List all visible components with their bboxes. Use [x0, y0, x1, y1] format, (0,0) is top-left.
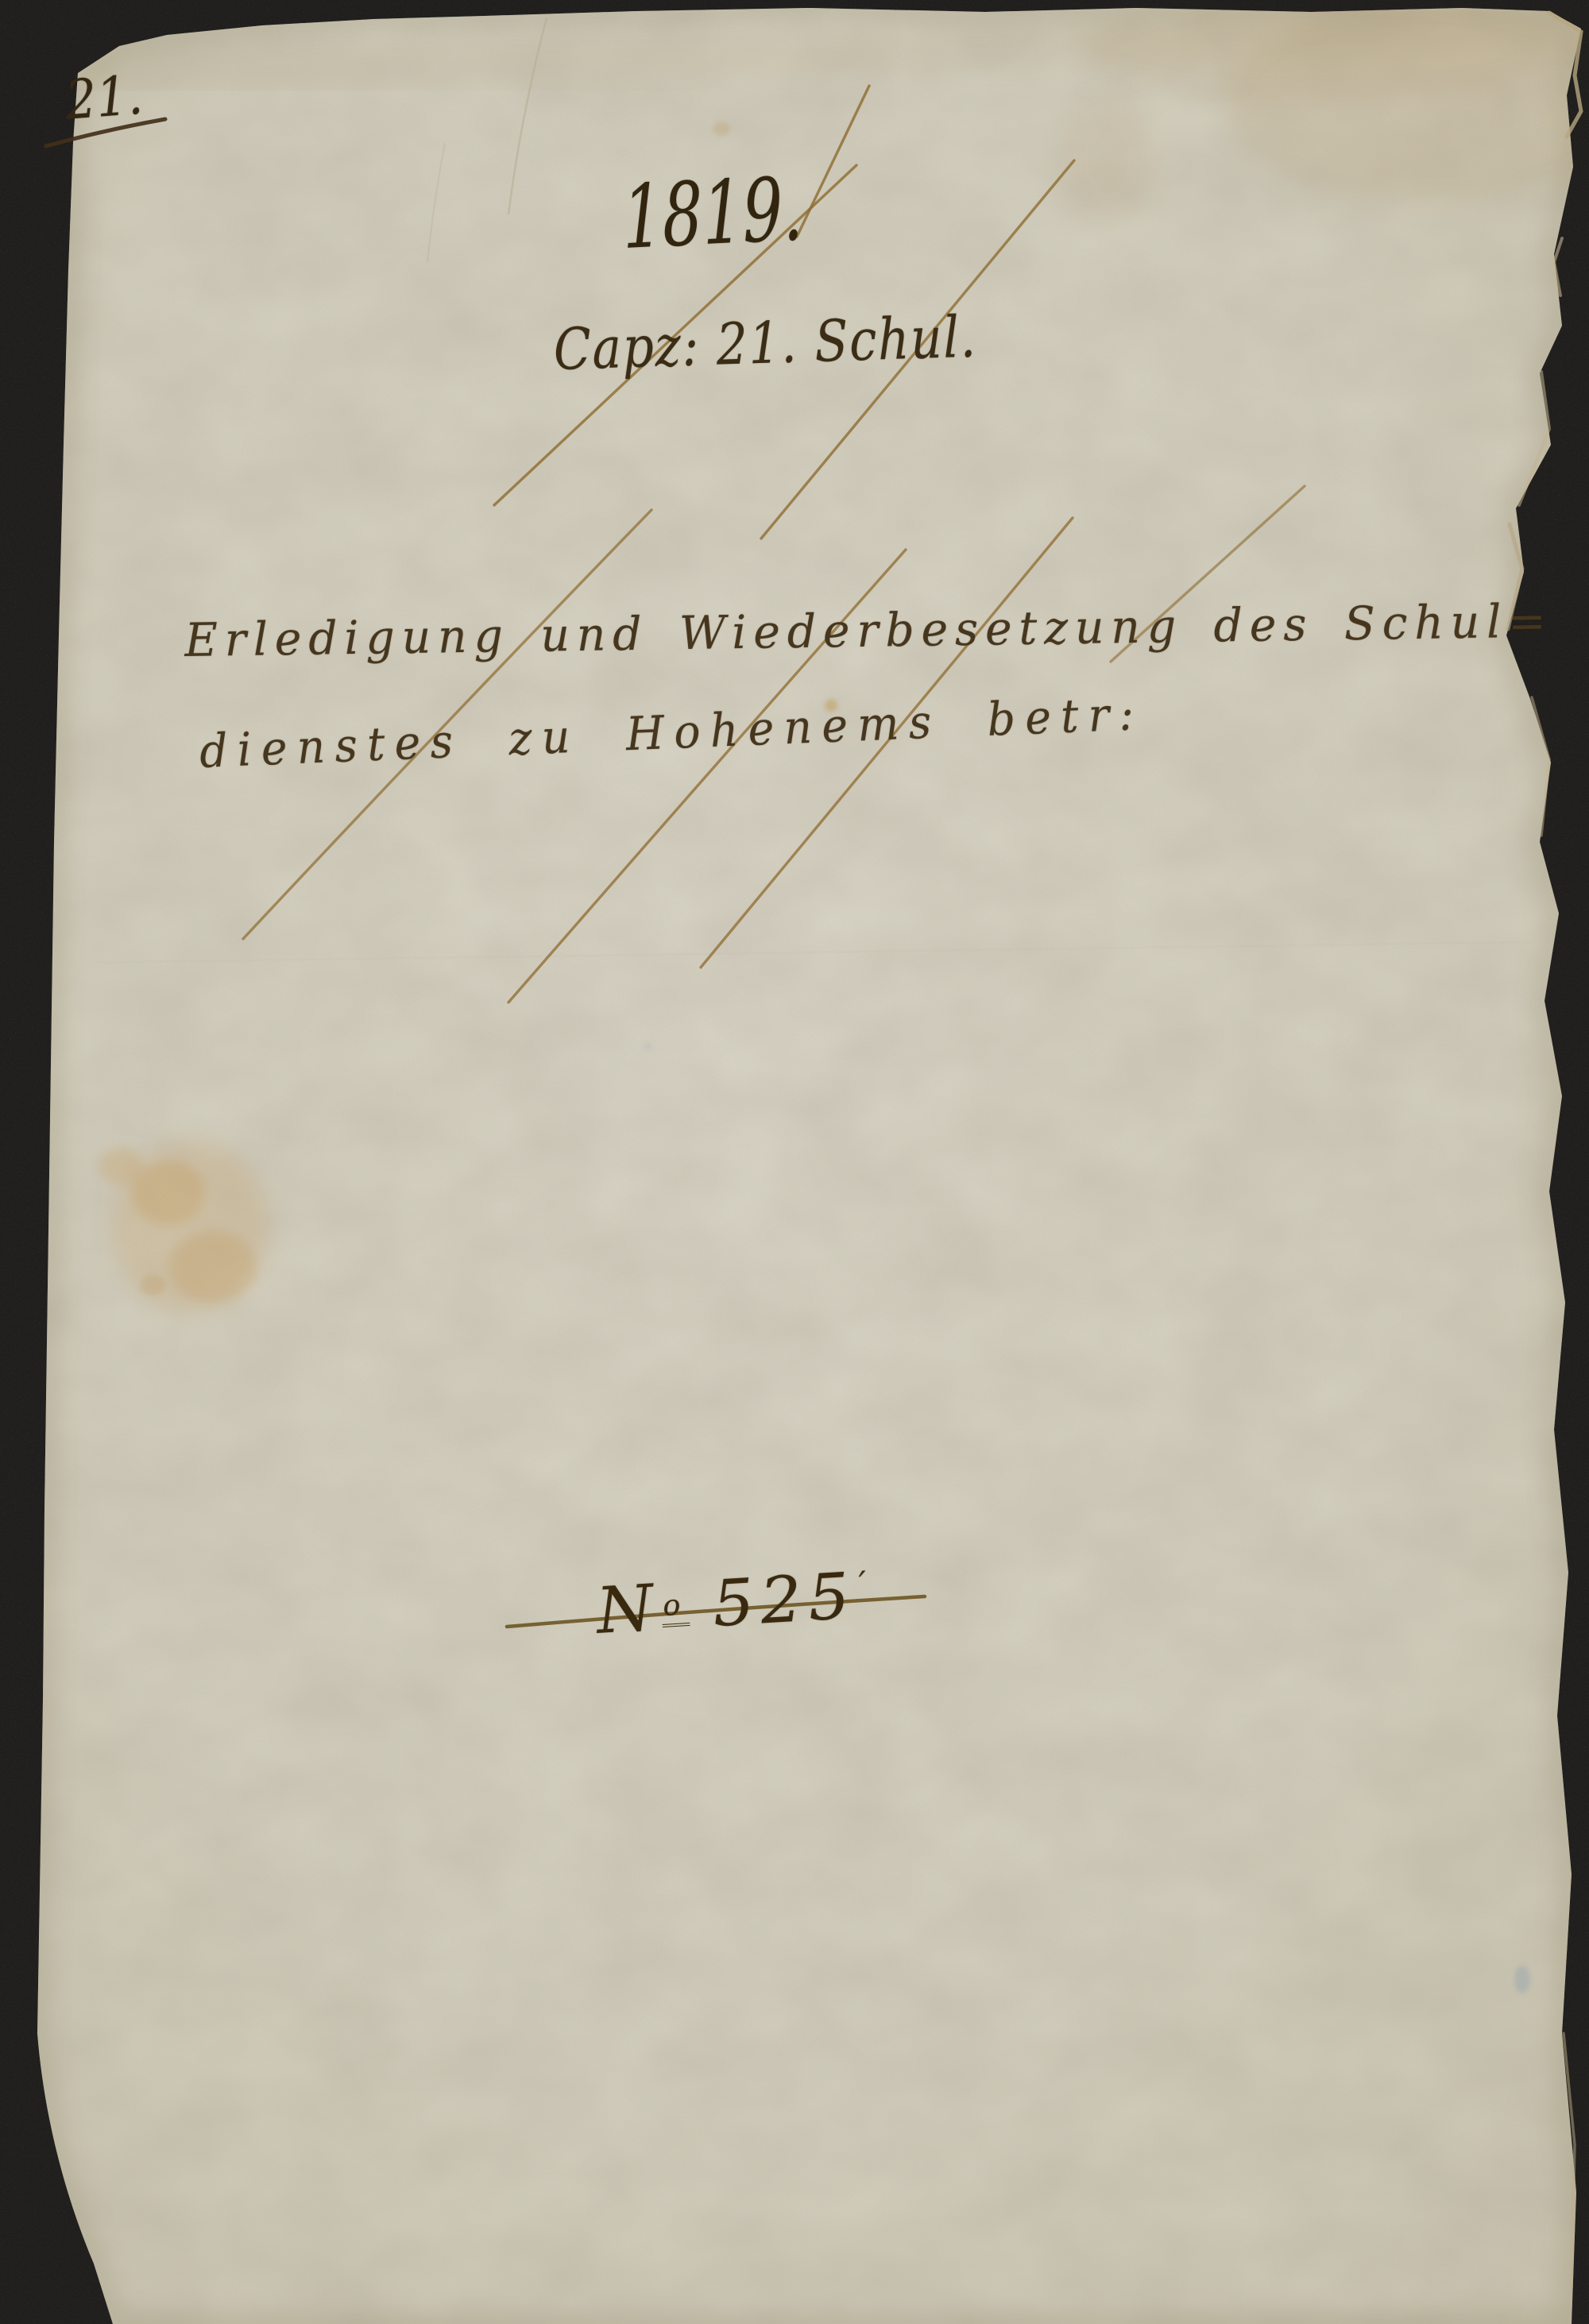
register-line: Capz: 21. Schul. — [553, 303, 978, 383]
file-number-prefix: N — [594, 1570, 662, 1648]
page-corner-number: 21. — [64, 64, 145, 132]
archival-document-scan: 21. 1819. Capz: 21. Schul. Erledigung un… — [0, 0, 1589, 2324]
file-number-ordinal: o — [660, 1589, 690, 1627]
year-heading: 1819. — [621, 158, 804, 268]
file-number-mark: ′ — [858, 1565, 874, 1603]
file-number-value: 525 — [710, 1558, 858, 1641]
